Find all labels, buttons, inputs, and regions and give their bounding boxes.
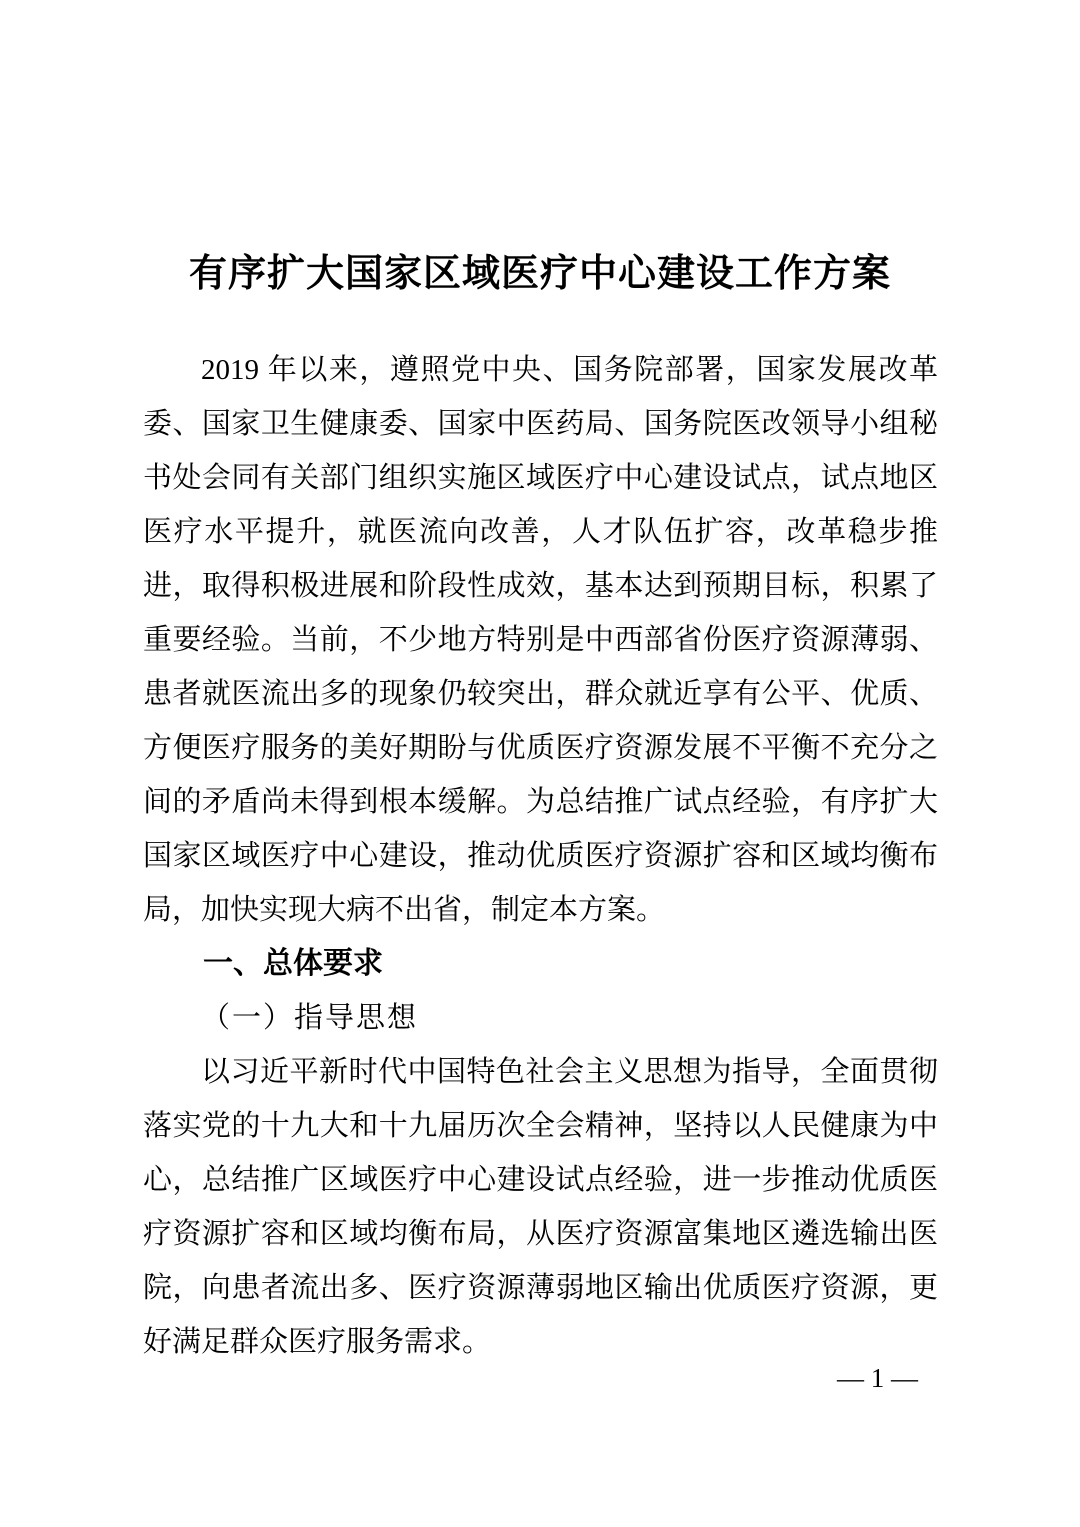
section-heading-overall-requirements: 一、总体要求	[143, 937, 938, 991]
guiding-ideology-paragraph: 以习近平新时代中国特色社会主义思想为指导，全面贯彻落实党的十九大和十九届历次全会…	[143, 1045, 938, 1369]
intro-paragraph: 2019 年以来，遵照党中央、国务院部署，国家发展改革委、国家卫生健康委、国家中…	[143, 343, 938, 937]
document-title: 有序扩大国家区域医疗中心建设工作方案	[0, 248, 1080, 300]
document-body: 2019 年以来，遵照党中央、国务院部署，国家发展改革委、国家卫生健康委、国家中…	[143, 343, 938, 1369]
page-number: — 1 —	[0, 1358, 1080, 1398]
document-page: 有序扩大国家区域医疗中心建设工作方案 2019 年以来，遵照党中央、国务院部署，…	[0, 0, 1080, 1527]
subsection-heading-guiding-ideology: （一）指导思想	[143, 991, 938, 1045]
